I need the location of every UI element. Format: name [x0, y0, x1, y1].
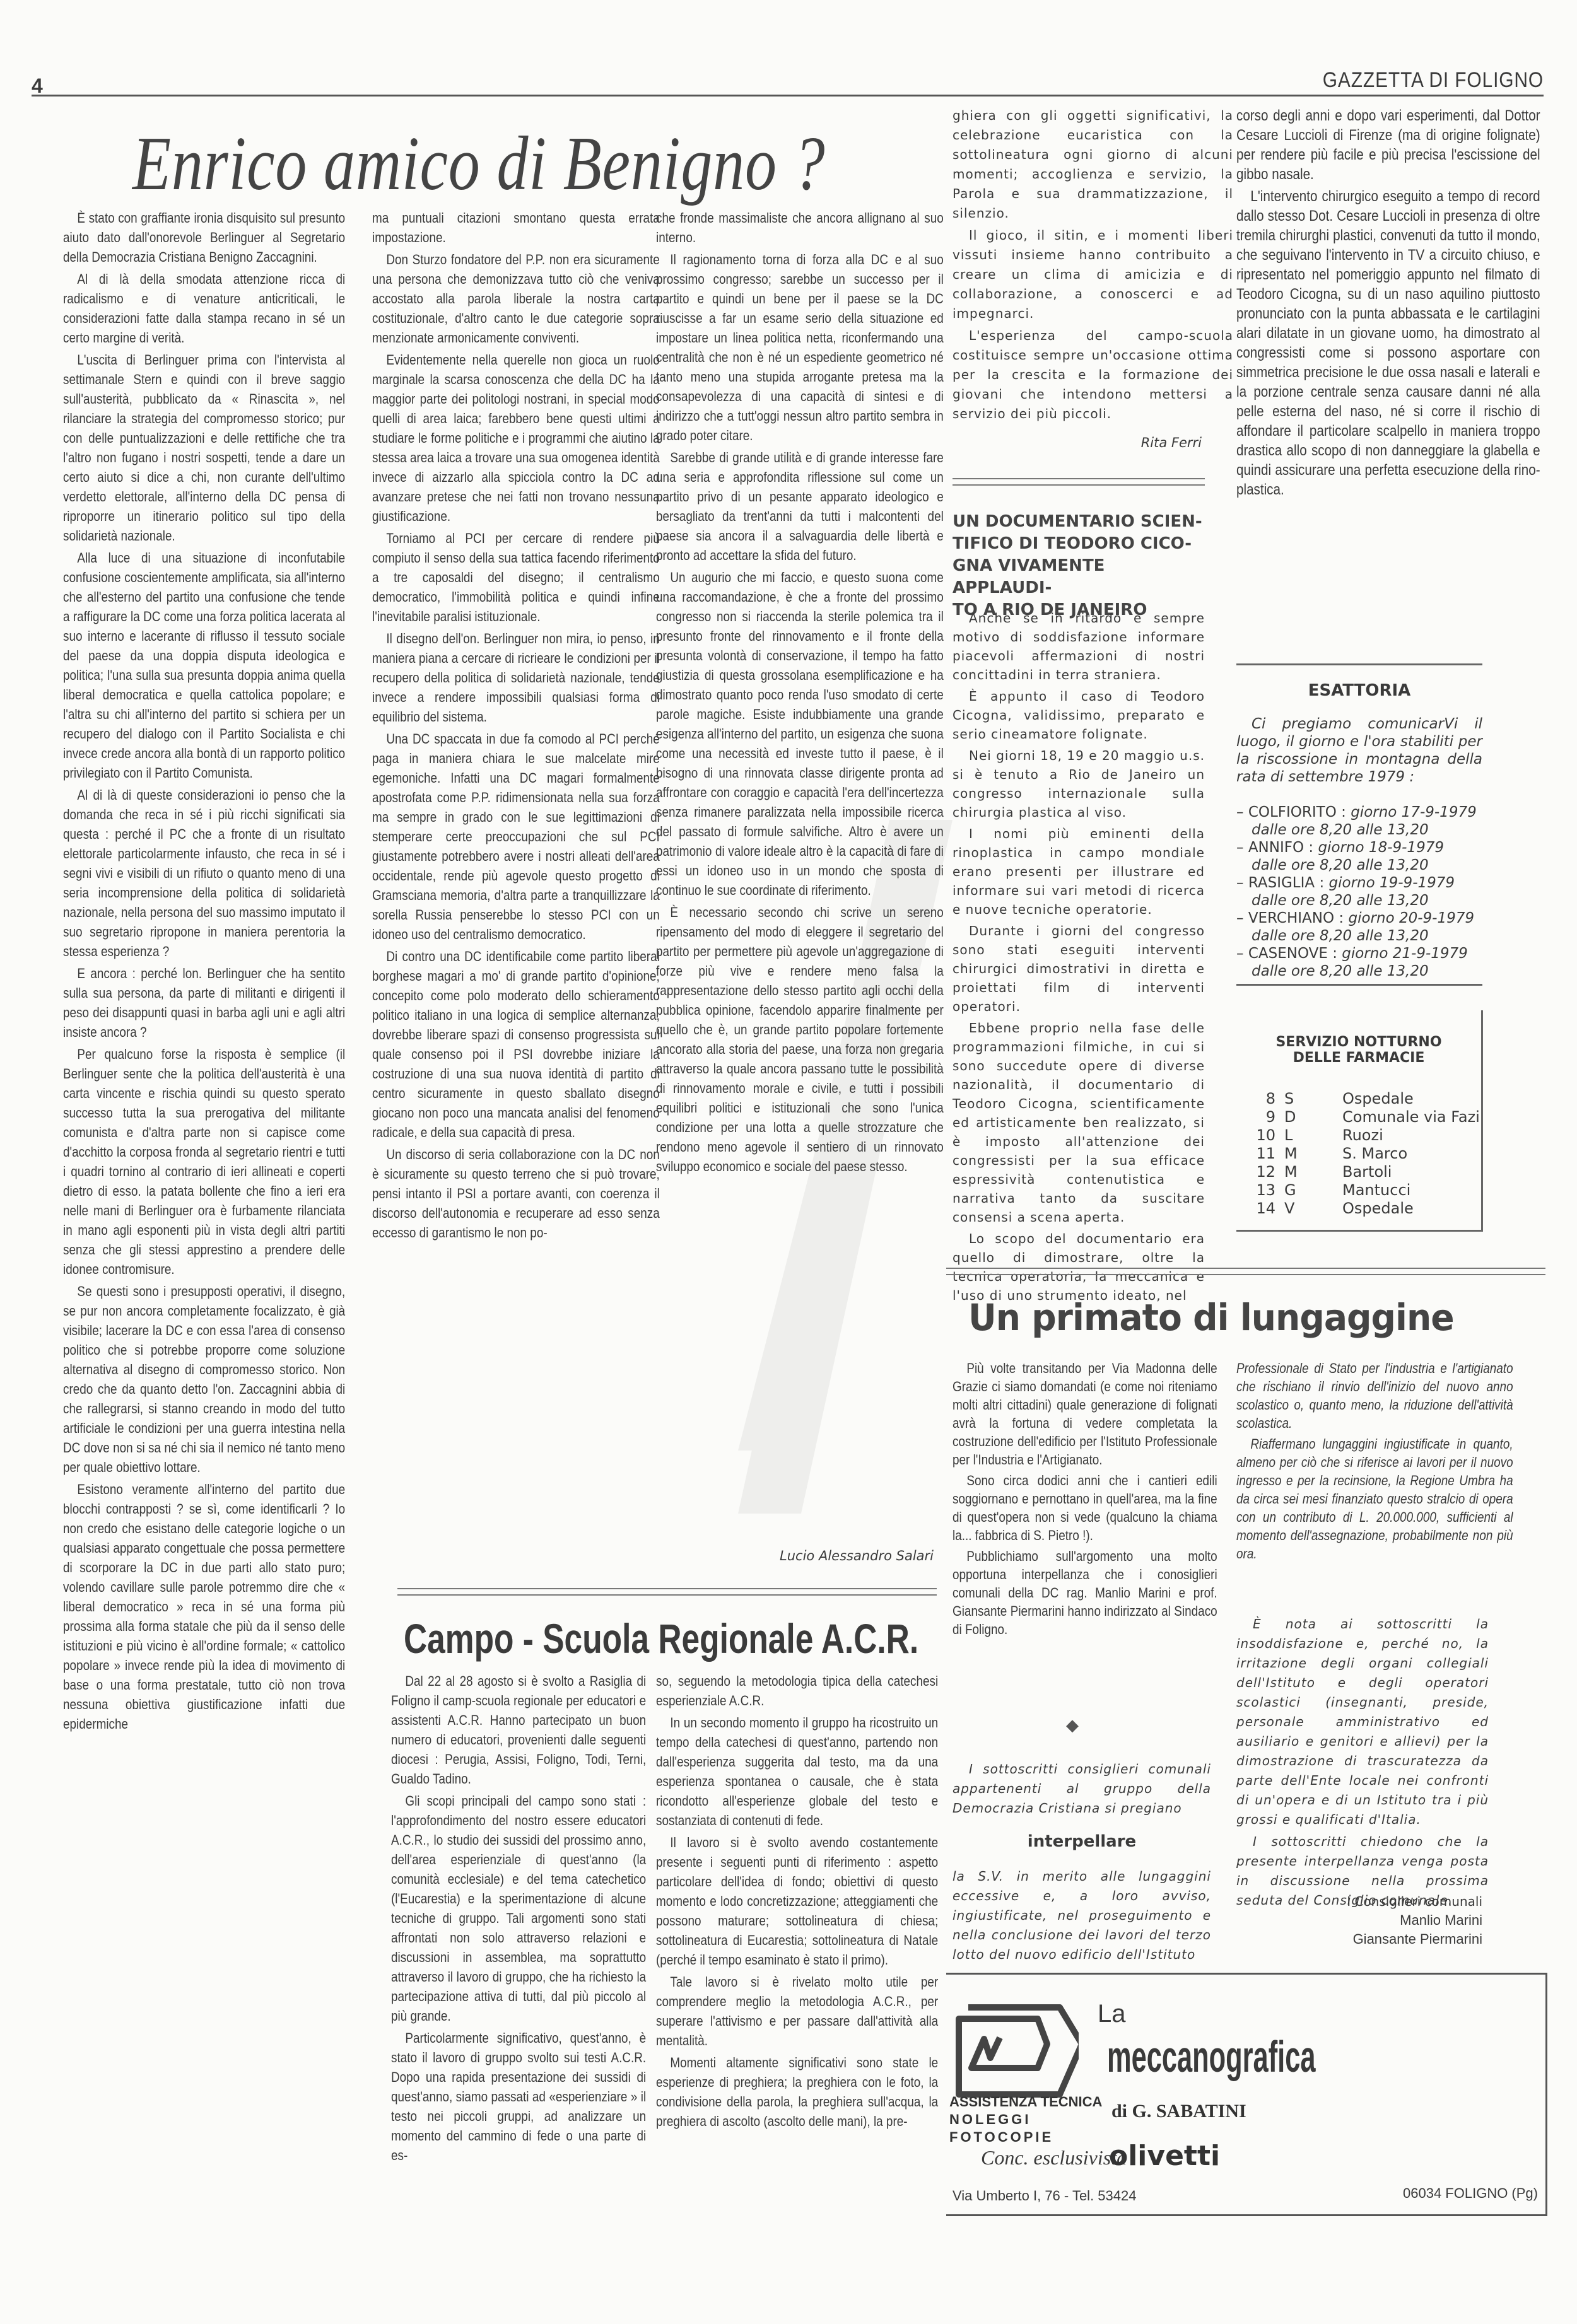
paragraph: È appunto il caso di Teodoro Cicogna, va… [953, 687, 1205, 744]
farmacia-row: 9DComunale via Fazi [1236, 1108, 1481, 1126]
byline-ferri: Rita Ferri [953, 435, 1202, 450]
esattoria-item: – RASIGLIA : giorno 19-9-1979 dalle ore … [1236, 874, 1482, 909]
headline-campo-scuola: Campo - Scuola Regionale A.C.R. [404, 1615, 918, 1662]
documentario-column-1: Anche se in ritardo è sempre motivo di s… [953, 609, 1205, 1305]
paragraph: Tale lavoro si è rivelato molto utile pe… [656, 1972, 938, 2050]
section-divider [953, 478, 1205, 486]
headline-line: TIFICO DI TEODORO CICO- [953, 533, 1205, 555]
section-divider [1236, 984, 1482, 986]
paragraph: L'uscita di Berlinguer prima con l'inter… [63, 350, 345, 546]
headline-line: UN DOCUMENTARIO SCIEN- [953, 511, 1205, 533]
advert-box: ASSISTENZA TECNICA NOLEGGI FOTOCOPIE La … [946, 1973, 1547, 2216]
primato-column-1-tail: la S.V. in merito alle lungaggini eccess… [953, 1867, 1211, 1965]
paragraph: Momenti altamente significativi sono sta… [656, 2053, 938, 2131]
paragraph: Se questi sono i presupposti operativi, … [63, 1282, 345, 1477]
campo-column-2: so, seguendo la metodologia tipica della… [656, 1671, 938, 2131]
paragraph: Il gioco, il sitin, e i momenti liberi v… [953, 226, 1233, 324]
meccanografica-logo-icon [953, 2000, 1079, 2107]
paragraph: Una DC spaccata in due fa comodo al PCI … [372, 729, 660, 944]
paragraph: Evidentemente nella querelle non gioca u… [372, 350, 660, 526]
paragraph: Durante i giorni del congresso sono stat… [953, 921, 1205, 1016]
service-label: ASSISTENZA TECNICA [949, 2093, 1102, 2111]
paragraph: L'esperienza del campo-scuola costituisc… [953, 326, 1233, 424]
signer-label: I Consiglieri comunali [1325, 1892, 1482, 1911]
advert-brand: meccanografica [1107, 2031, 1315, 2082]
paragraph: Anche se in ritardo è sempre motivo di s… [953, 609, 1205, 684]
byline-salari: Lucio Alessandro Salari [656, 1548, 934, 1563]
separator-diamond-icon: ◆ [1066, 1715, 1079, 1735]
paragraph: Gli scopi principali del campo sono stat… [391, 1791, 646, 2026]
advert-brand-prefix: La [1098, 2000, 1126, 2028]
paragraph: In un secondo momento il gruppo ha ricos… [656, 1713, 938, 1830]
farmacia-row: 14VOspedale [1236, 1200, 1481, 1218]
primato-column-2: Professionale di Stato per l'industria e… [1236, 1359, 1514, 1563]
farmacie-box: SERVIZIO NOTTURNO DELLE FARMACIE 8SOsped… [1236, 1010, 1483, 1232]
paragraph: Al di là della smodata attenzione ricca … [63, 269, 345, 347]
paragraph: la S.V. in merito alle lungaggini eccess… [953, 1867, 1211, 1965]
headline-primato: Un primato di lungaggine [968, 1296, 1454, 1339]
farmacia-row: 10LRuozi [1236, 1126, 1481, 1145]
service-label: NOLEGGI [949, 2111, 1102, 2128]
paragraph: Il ragionamento torna di forza alla DC e… [656, 250, 944, 445]
paragraph: È stato con graffiante ironia disquisito… [63, 208, 345, 267]
primato-intro: I sottoscritti consiglieri comunali appa… [953, 1760, 1211, 1818]
header-rule [32, 95, 1544, 96]
paragraph: Torniamo al PCI per cercare di rendere p… [372, 528, 660, 626]
masthead: GAZZETTA DI FOLIGNO [1323, 68, 1544, 93]
esattoria-title: ESATTORIA [1236, 681, 1482, 700]
paragraph: Particolarmente significativo, quest'ann… [391, 2028, 646, 2165]
farmacie-title-line1: SERVIZIO NOTTURNO [1236, 1034, 1481, 1050]
paragraph: Pubblichiamo sull'argomento una molto op… [953, 1547, 1217, 1638]
primato-column-2-cont: È nota ai sottoscritti la insoddisfazion… [1236, 1615, 1489, 1910]
paragraph: corso degli anni e dopo vari esperimenti… [1236, 106, 1540, 184]
advert-concession: Conc. esclusivista [981, 2146, 1127, 2169]
paragraph: Nei giorni 18, 19 e 20 maggio u.s. si è … [953, 746, 1205, 822]
enrico-column-3: che fronde massimaliste che ancora allig… [656, 208, 944, 1176]
paragraph: Ebbene proprio nella fase delle programm… [953, 1019, 1205, 1227]
paragraph: Professionale di Stato per l'industria e… [1236, 1359, 1513, 1432]
esattoria-item: – ANNIFO : giorno 18-9-1979 dalle ore 8,… [1236, 839, 1482, 874]
signers-block: I Consiglieri comunali Manlio Marini Gia… [1325, 1892, 1482, 1949]
paragraph: ma puntuali citazioni smontano questa er… [372, 208, 660, 247]
farmacia-row: 12MBartoli [1236, 1163, 1481, 1181]
paragraph: Dal 22 al 28 agosto si è svolto a Rasigl… [391, 1671, 646, 1789]
headline-documentario: UN DOCUMENTARIO SCIEN- TIFICO DI TEODORO… [953, 511, 1205, 621]
paragraph: Esistono veramente all'interno del parti… [63, 1480, 345, 1734]
service-label: FOTOCOPIE [949, 2128, 1102, 2146]
paragraph: Al di là di queste considerazioni io pen… [63, 785, 345, 961]
paragraph: I sottoscritti consiglieri comunali appa… [953, 1760, 1211, 1818]
paragraph: ghiera con gli oggetti significativi, la… [953, 106, 1233, 223]
paragraph: Per qualcuno forse la risposta è semplic… [63, 1044, 345, 1279]
documentario-column-2: corso degli anni e dopo vari esperimenti… [1236, 106, 1540, 499]
paragraph: Sono circa dodici anni che i cantieri ed… [953, 1471, 1217, 1544]
interpellare-heading: interpellare [953, 1832, 1211, 1851]
paragraph: Il disegno dell'on. Berlinguer non mira,… [372, 629, 660, 727]
paragraph: I nomi più eminenti della rinoplastica i… [953, 824, 1205, 919]
advert-services: ASSISTENZA TECNICA NOLEGGI FOTOCOPIE [949, 2093, 1102, 2146]
esattoria-item: – CASENOVE : giorno 21-9-1979 dalle ore … [1236, 945, 1482, 980]
olivetti-logo: olivetti [1109, 2140, 1220, 2172]
advert-city: 06034 FOLIGNO (Pg) [1403, 2185, 1538, 2202]
farmacia-row: 11MS. Marco [1236, 1145, 1481, 1163]
paragraph: Più volte transitando per Via Madonna de… [953, 1359, 1217, 1469]
farmacia-row: 8SOspedale [1236, 1090, 1481, 1108]
paragraph: Sarebbe di grande utilità e di grande in… [656, 448, 944, 565]
advert-address: Via Umberto I, 76 - Tel. 53424 [953, 2188, 1136, 2204]
signer-name: Manlio Marini [1325, 1911, 1482, 1930]
paragraph: che fronde massimaliste che ancora allig… [656, 208, 944, 247]
section-divider [397, 1588, 937, 1596]
paragraph: E ancora : perché lon. Berlinguer che ha… [63, 964, 345, 1042]
paragraph: Don Sturzo fondatore del P.P. non era si… [372, 250, 660, 347]
paragraph: Un discorso di seria collaborazione con … [372, 1145, 660, 1242]
headline-enrico: Enrico amico di Benigno ? [132, 120, 826, 208]
advert-owner: di G. SABATINI [1111, 2101, 1246, 2122]
esattoria-item: – VERCHIANO : giorno 20-9-1979 dalle ore… [1236, 909, 1482, 945]
paragraph: Il lavoro si è svolto avendo costantemen… [656, 1833, 938, 1970]
primato-column-1: Più volte transitando per Via Madonna de… [953, 1359, 1217, 1638]
paragraph: so, seguendo la metodologia tipica della… [656, 1671, 938, 1710]
section-divider [946, 1268, 1545, 1275]
esattoria-item: – COLFIORITO : giorno 17-9-1979 dalle or… [1236, 803, 1482, 839]
paragraph: Riaffermano lungaggini ingiustificate in… [1236, 1435, 1513, 1563]
farmacie-title-line2: DELLE FARMACIE [1236, 1050, 1481, 1066]
esattoria-intro: Ci pregiamo comunicarVi il luogo, il gio… [1236, 715, 1482, 786]
farmacia-row: 13GMantucci [1236, 1181, 1481, 1200]
headline-line: GNA VIVAMENTE APPLAUDI- [953, 555, 1205, 599]
paragraph: È nota ai sottoscritti la insoddisfazion… [1236, 1615, 1489, 1830]
paragraph: Alla luce di una situazione di inconfuta… [63, 548, 345, 783]
campo-column-3: ghiera con gli oggetti significativi, la… [953, 106, 1233, 424]
campo-column-1: Dal 22 al 28 agosto si è svolto a Rasigl… [391, 1671, 646, 2165]
paragraph: Di contro una DC identificabile come par… [372, 947, 660, 1142]
enrico-column-2: ma puntuali citazioni smontano questa er… [372, 208, 660, 1242]
section-divider [1236, 663, 1482, 665]
paragraph: L'intervento chirurgico eseguito a tempo… [1236, 187, 1540, 499]
esattoria-box: ESATTORIA Ci pregiamo comunicarVi il luo… [1236, 681, 1482, 980]
paragraph: Lo scopo del documentario era quello di … [953, 1229, 1205, 1305]
signer-name: Giansante Piermarini [1325, 1930, 1482, 1949]
enrico-column-1: È stato con graffiante ironia disquisito… [63, 208, 345, 1734]
paragraph: È necessario secondo chi scrive un seren… [656, 902, 944, 1176]
paragraph: Un augurio che mi faccio, e questo suona… [656, 568, 944, 900]
